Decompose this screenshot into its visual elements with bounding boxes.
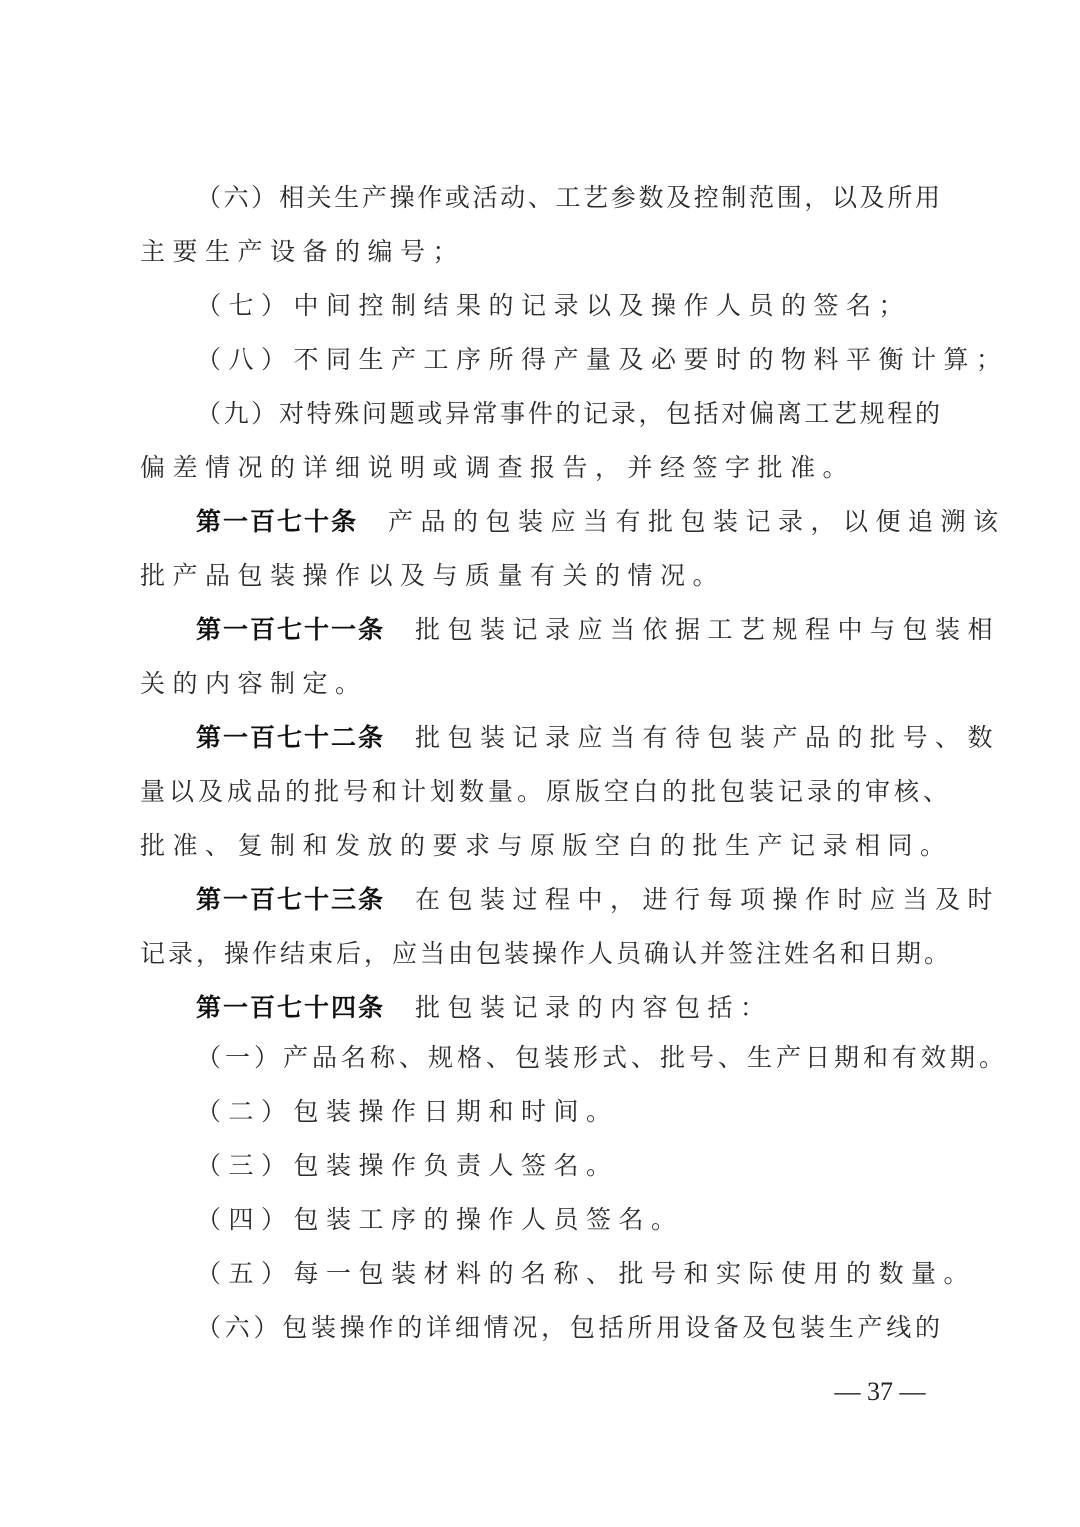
line-text: （九）对特殊问题或异常事件的记录，包括对偏离工艺规程的: [196, 399, 940, 428]
page-number: — 37 —: [820, 1374, 940, 1410]
list-item: （三）包装操作负责人签名。: [196, 1146, 940, 1186]
line-text: （四）包装工序的操作人员签名。: [196, 1205, 684, 1234]
line-text: 记录，操作结束后，应当由包装操作人员确认并签注姓名和日期。: [140, 939, 952, 968]
line-text: 产品的包装应当有批包装记录，以便追溯该: [388, 507, 1006, 536]
line-text: （七）中间控制结果的记录以及操作人员的签名；: [196, 291, 911, 320]
line-text: （六）相关生产操作或活动、工艺参数及控制范围，以及所用: [196, 183, 940, 212]
line-text: （一）产品名称、规格、包装形式、批号、生产日期和有效期。: [196, 1043, 1008, 1072]
article-173-line: 第一百七十三条在包装过程中，进行每项操作时应当及时: [196, 880, 940, 920]
article-174-line: 第一百七十四条批包装记录的内容包括：: [196, 988, 940, 1028]
text-line: （七）中间控制结果的记录以及操作人员的签名；: [196, 286, 940, 326]
list-item: （五）每一包装材料的名称、批号和实际使用的数量。: [196, 1254, 940, 1294]
article-heading: 第一百七十三条: [196, 885, 385, 914]
list-item: （一）产品名称、规格、包装形式、批号、生产日期和有效期。: [196, 1038, 940, 1078]
article-170-line: 第一百七十条产品的包装应当有批包装记录，以便追溯该: [196, 502, 940, 542]
article-heading: 第一百七十一条: [196, 615, 385, 644]
line-text: 批准、复制和发放的要求与原版空白的批生产记录相同。: [140, 831, 953, 860]
list-item: （六）包装操作的详细情况，包括所用设备及包装生产线的: [196, 1308, 940, 1348]
line-text: （三）包装操作负责人签名。: [196, 1151, 619, 1180]
text-line: （六）相关生产操作或活动、工艺参数及控制范围，以及所用: [196, 178, 940, 218]
line-text: 批包装记录应当有待包装产品的批号、数: [415, 723, 1000, 752]
text-line: 量以及成品的批号和计划数量。原版空白的批包装记录的审核、: [140, 772, 940, 812]
text-line: （八）不同生产工序所得产量及必要时的物料平衡计算；: [196, 340, 940, 380]
article-heading: 第一百七十二条: [196, 723, 385, 752]
document-page: （六）相关生产操作或活动、工艺参数及控制范围，以及所用 主要生产设备的编号； （…: [0, 0, 1080, 1527]
text-line: 关的内容制定。: [140, 664, 940, 704]
list-item: （二）包装操作日期和时间。: [196, 1092, 940, 1132]
text-line: （九）对特殊问题或异常事件的记录，包括对偏离工艺规程的: [196, 394, 940, 434]
article-heading: 第一百七十四条: [196, 993, 385, 1022]
line-text: 关的内容制定。: [140, 669, 368, 698]
line-text: （六）包装操作的详细情况，包括所用设备及包装生产线的: [196, 1313, 940, 1342]
text-line: 批准、复制和发放的要求与原版空白的批生产记录相同。: [140, 826, 940, 866]
line-text: （八）不同生产工序所得产量及必要时的物料平衡计算；: [196, 345, 1009, 374]
line-text: （二）包装操作日期和时间。: [196, 1097, 619, 1126]
line-text: 量以及成品的批号和计划数量。原版空白的批包装记录的审核、: [140, 777, 952, 806]
text-line: 记录，操作结束后，应当由包装操作人员确认并签注姓名和日期。: [140, 934, 940, 974]
line-text: 主要生产设备的编号；: [140, 237, 465, 266]
line-text: 批包装记录应当依据工艺规程中与包装相: [415, 615, 1000, 644]
article-171-line: 第一百七十一条批包装记录应当依据工艺规程中与包装相: [196, 610, 940, 650]
line-text: 在包装过程中，进行每项操作时应当及时: [415, 885, 1000, 914]
text-line: 主要生产设备的编号；: [140, 232, 940, 272]
list-item: （四）包装工序的操作人员签名。: [196, 1200, 940, 1240]
text-line: 偏差情况的详细说明或调查报告，并经签字批准。: [140, 448, 940, 488]
line-text: 批包装记录的内容包括：: [415, 993, 773, 1022]
line-text: 偏差情况的详细说明或调查报告，并经签字批准。: [140, 453, 855, 482]
line-text: （五）每一包装材料的名称、批号和实际使用的数量。: [196, 1259, 976, 1288]
article-172-line: 第一百七十二条批包装记录应当有待包装产品的批号、数: [196, 718, 940, 758]
line-text: 批产品包装操作以及与质量有关的情况。: [140, 561, 725, 590]
article-heading: 第一百七十条: [196, 507, 358, 536]
text-line: 批产品包装操作以及与质量有关的情况。: [140, 556, 940, 596]
